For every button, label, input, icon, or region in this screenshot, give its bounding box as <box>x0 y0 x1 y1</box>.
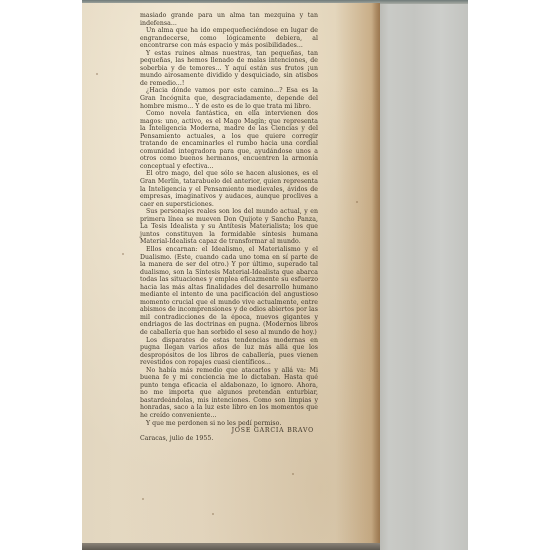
paragraph: ¿Hacia dónde vamos por este camino...? E… <box>140 87 318 110</box>
paragraph: Y estas ruines almas nuestras, tan peque… <box>140 50 318 88</box>
paper-speck <box>212 513 214 515</box>
paragraph: Ellos encarnan: el Idealismo, el Materia… <box>140 246 318 337</box>
paper-speck <box>292 473 294 475</box>
paper-speck <box>96 73 98 75</box>
author-signature: JOSE GARCIA BRAVO <box>140 427 318 435</box>
paper-speck <box>122 253 124 255</box>
paragraph: No había más remedio que atacarlos y all… <box>140 367 318 420</box>
paragraph: Los disparates de estas tendencias moder… <box>140 337 318 367</box>
book-page: masiado grande para un alma tan mezquina… <box>82 3 380 543</box>
paragraph: Como novela fantástica, en ella intervie… <box>140 110 318 170</box>
paper-speck <box>356 201 358 203</box>
page-text-column: masiado grande para un alma tan mezquina… <box>140 12 318 442</box>
paragraph: El otro mago, del que sólo se hacen alus… <box>140 170 318 208</box>
paragraph: Y que me perdonen si no les pedí permiso… <box>140 420 318 428</box>
place-date: Caracas, julio de 1955. <box>140 435 318 443</box>
paragraph: Sus personajes reales son los del mundo … <box>140 208 318 246</box>
bottom-edge-shadow <box>82 543 380 550</box>
paragraph: masiado grande para un alma tan mezquina… <box>140 12 318 27</box>
paragraph: Un alma que ha ido empequeñeciéndose en … <box>140 27 318 50</box>
paper-speck <box>142 498 144 500</box>
scanner-background-strip <box>378 0 468 550</box>
